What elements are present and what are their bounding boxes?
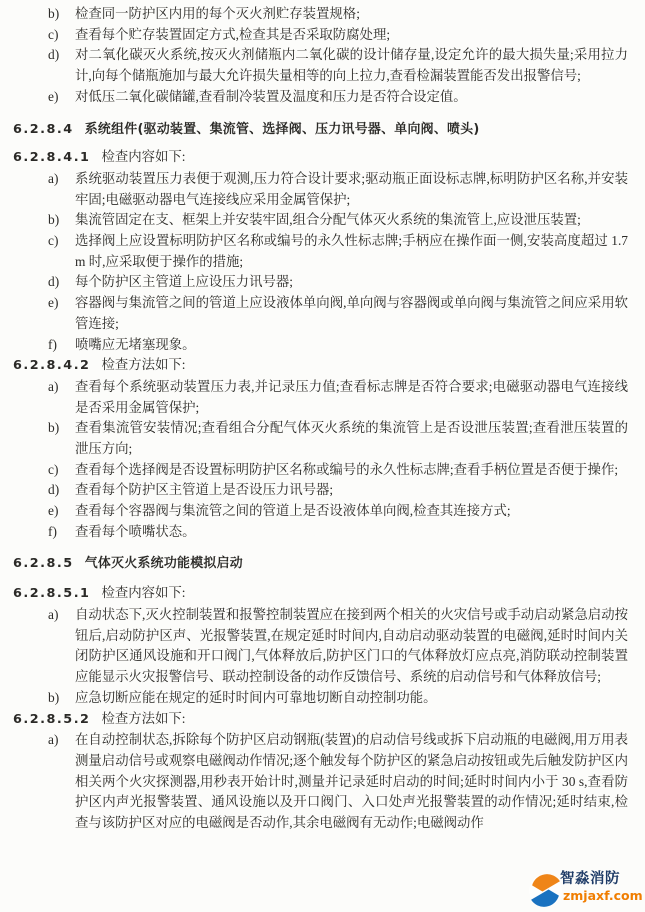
list-item-text: 查看每个喷嘴状态。 — [75, 522, 628, 543]
list-item: d) 查看每个防护区主管道上是否设压力讯号器; — [13, 480, 628, 501]
list-item: e) 查看每个容器阀与集流管之间的管道上是否设液体单向阀,检查其连接方式; — [13, 501, 628, 522]
list-item-label: a) — [48, 605, 75, 626]
list-item: c) 查看每个贮存装置固定方式,检查其是否采取防腐处理; — [13, 25, 628, 46]
list-item: b) 集流管固定在支、框架上并安装牢固,组合分配气体灭火系统的集流管上,应设泄压… — [13, 210, 628, 231]
list-item-text: 查看每个贮存装置固定方式,检查其是否采取防腐处理; — [75, 25, 628, 46]
list-item-label: c) — [48, 231, 75, 252]
watermark: 智淼消防 zmjaxf.com — [528, 869, 645, 911]
clause-heading: 6.2.8.4系统组件(驱动装置、集流管、选择阀、压力讯号器、单向阀、喷头) — [13, 120, 628, 141]
list-item: c) 选择阀上应设置标明防护区名称或编号的永久性标志牌;手柄应在操作面一侧,安装… — [13, 231, 628, 272]
list-item-text: 喷嘴应无堵塞现象。 — [75, 335, 628, 356]
clause-line: 6.2.8.5.1检查内容如下: — [13, 583, 628, 605]
list-item: a) 自动状态下,灭火控制装置和报警控制装置应在接到两个相关的火灾信号或手动启动… — [13, 605, 628, 688]
list-item-label: d) — [48, 480, 75, 501]
list-item-text: 对低压二氧化碳储罐,查看制冷装置及温度和压力是否符合设定值。 — [75, 87, 628, 108]
list-item-text: 系统驱动装置压力表便于观测,压力符合设计要求;驱动瓶正面设标志牌,标明防护区名称… — [75, 169, 628, 210]
list-item: b) 查看集流管安装情况;查看组合分配气体灭火系统的集流管上是否设泄压装置;查看… — [13, 418, 628, 459]
list-block: a) 查看每个系统驱动装置压力表,并记录压力值;查看标志牌是否符合要求;电磁驱动… — [13, 377, 628, 543]
list-item-text: 对二氧化碳灭火系统,按灭火剂储瓶内二氧化碳的设计储存量,设定允许的最大损失量;采… — [75, 45, 628, 86]
list-item: a) 在自动控制状态,拆除每个防护区启动钢瓶(装置)的启动信号线或拆下启动瓶的电… — [13, 730, 628, 834]
list-item-text: 应急切断应能在规定的延时时间内可靠地切断自动控制功能。 — [75, 688, 628, 709]
list-item-text: 每个防护区主管道上应设压力讯号器; — [75, 272, 628, 293]
list-item-label: b) — [48, 210, 75, 231]
list-item: b) 应急切断应能在规定的延时时间内可靠地切断自动控制功能。 — [13, 688, 628, 709]
list-item: e) 容器阀与集流管之间的管道上应设液体单向阀,单向阀与容器阀或单向阀与集流管之… — [13, 293, 628, 334]
list-item-text: 查看每个容器阀与集流管之间的管道上是否设液体单向阀,检查其连接方式; — [75, 501, 628, 522]
clause-number: 6.2.8.4.1 — [13, 150, 90, 165]
watermark-logo-icon — [528, 873, 563, 908]
clause-title: 系统组件(驱动装置、集流管、选择阀、压力讯号器、单向阀、喷头) — [85, 122, 480, 137]
watermark-brand: 智淼消防 — [560, 871, 620, 888]
list-item-label: a) — [48, 169, 75, 190]
list-item-label: c) — [48, 25, 75, 46]
clause-number: 6.2.8.5.2 — [13, 712, 90, 727]
list-item: e) 对低压二氧化碳储罐,查看制冷装置及温度和压力是否符合设定值。 — [13, 87, 628, 108]
list-item-label: c) — [48, 460, 75, 481]
list-item-label: a) — [48, 377, 75, 398]
document-body: b) 检查同一防护区内用的每个灭火剂贮存装置规格; c) 查看每个贮存装置固定方… — [13, 4, 628, 834]
clause-number: 6.2.8.5.1 — [13, 586, 90, 601]
clause-text: 检查内容如下: — [101, 149, 185, 164]
clause-number: 6.2.8.5 — [13, 556, 74, 571]
list-block: a) 在自动控制状态,拆除每个防护区启动钢瓶(装置)的启动信号线或拆下启动瓶的电… — [13, 730, 628, 834]
scanned-document-page: b) 检查同一防护区内用的每个灭火剂贮存装置规格; c) 查看每个贮存装置固定方… — [0, 0, 645, 912]
list-item: f) 喷嘴应无堵塞现象。 — [13, 335, 628, 356]
list-item: d) 对二氧化碳灭火系统,按灭火剂储瓶内二氧化碳的设计储存量,设定允许的最大损失… — [13, 45, 628, 86]
list-item: a) 查看每个系统驱动装置压力表,并记录压力值;查看标志牌是否符合要求;电磁驱动… — [13, 377, 628, 418]
list-item-label: e) — [48, 501, 75, 522]
list-item-label: e) — [48, 293, 75, 314]
clause-heading: 6.2.8.5气体灭火系统功能模拟启动 — [13, 554, 628, 575]
clause-line: 6.2.8.5.2检查方法如下: — [13, 709, 628, 731]
list-item-text: 查看每个防护区主管道上是否设压力讯号器; — [75, 480, 628, 501]
list-item-text: 查看每个系统驱动装置压力表,并记录压力值;查看标志牌是否符合要求;电磁驱动器电气… — [75, 377, 628, 418]
list-item: f) 查看每个喷嘴状态。 — [13, 522, 628, 543]
list-item: a) 系统驱动装置压力表便于观测,压力符合设计要求;驱动瓶正面设标志牌,标明防护… — [13, 169, 628, 210]
list-item-text: 查看每个选择阀是否设置标明防护区名称或编号的永久性标志牌;查看手柄位置是否便于操… — [75, 460, 628, 481]
list-item-label: e) — [48, 87, 75, 108]
watermark-site: zmjaxf.com — [563, 888, 643, 903]
list-block: b) 检查同一防护区内用的每个灭火剂贮存装置规格; c) 查看每个贮存装置固定方… — [13, 4, 628, 108]
list-item-label: f) — [48, 335, 75, 356]
list-item: c) 查看每个选择阀是否设置标明防护区名称或编号的永久性标志牌;查看手柄位置是否… — [13, 460, 628, 481]
list-item: d) 每个防护区主管道上应设压力讯号器; — [13, 272, 628, 293]
list-block: a) 自动状态下,灭火控制装置和报警控制装置应在接到两个相关的火灾信号或手动启动… — [13, 605, 628, 709]
list-block: a) 系统驱动装置压力表便于观测,压力符合设计要求;驱动瓶正面设标志牌,标明防护… — [13, 169, 628, 355]
clause-text: 检查内容如下: — [101, 585, 185, 600]
clause-text: 检查方法如下: — [101, 711, 185, 726]
clause-text: 检查方法如下: — [101, 357, 185, 372]
list-item-text: 选择阀上应设置标明防护区名称或编号的永久性标志牌;手柄应在操作面一侧,安装高度超… — [75, 231, 628, 272]
clause-number: 6.2.8.4 — [13, 122, 74, 137]
clause-line: 6.2.8.4.1检查内容如下: — [13, 147, 628, 169]
clause-line: 6.2.8.4.2检查方法如下: — [13, 355, 628, 377]
list-item-text: 在自动控制状态,拆除每个防护区启动钢瓶(装置)的启动信号线或拆下启动瓶的电磁阀,… — [75, 730, 628, 834]
list-item-label: a) — [48, 730, 75, 751]
list-item-text: 查看集流管安装情况;查看组合分配气体灭火系统的集流管上是否设泄压装置;查看泄压装… — [75, 418, 628, 459]
list-item-text: 集流管固定在支、框架上并安装牢固,组合分配气体灭火系统的集流管上,应设泄压装置; — [75, 210, 628, 231]
clause-title: 气体灭火系统功能模拟启动 — [85, 556, 243, 571]
list-item: b) 检查同一防护区内用的每个灭火剂贮存装置规格; — [13, 4, 628, 25]
list-item-label: d) — [48, 272, 75, 293]
list-item-label: d) — [48, 45, 75, 66]
list-item-label: b) — [48, 418, 75, 439]
list-item-text: 自动状态下,灭火控制装置和报警控制装置应在接到两个相关的火灾信号或手动启动紧急启… — [75, 605, 628, 688]
list-item-label: b) — [48, 688, 75, 709]
list-item-label: f) — [48, 522, 75, 543]
list-item-label: b) — [48, 4, 75, 25]
clause-number: 6.2.8.4.2 — [13, 358, 90, 373]
list-item-text: 检查同一防护区内用的每个灭火剂贮存装置规格; — [75, 4, 628, 25]
list-item-text: 容器阀与集流管之间的管道上应设液体单向阀,单向阀与容器阀或单向阀与集流管之间应采… — [75, 293, 628, 334]
